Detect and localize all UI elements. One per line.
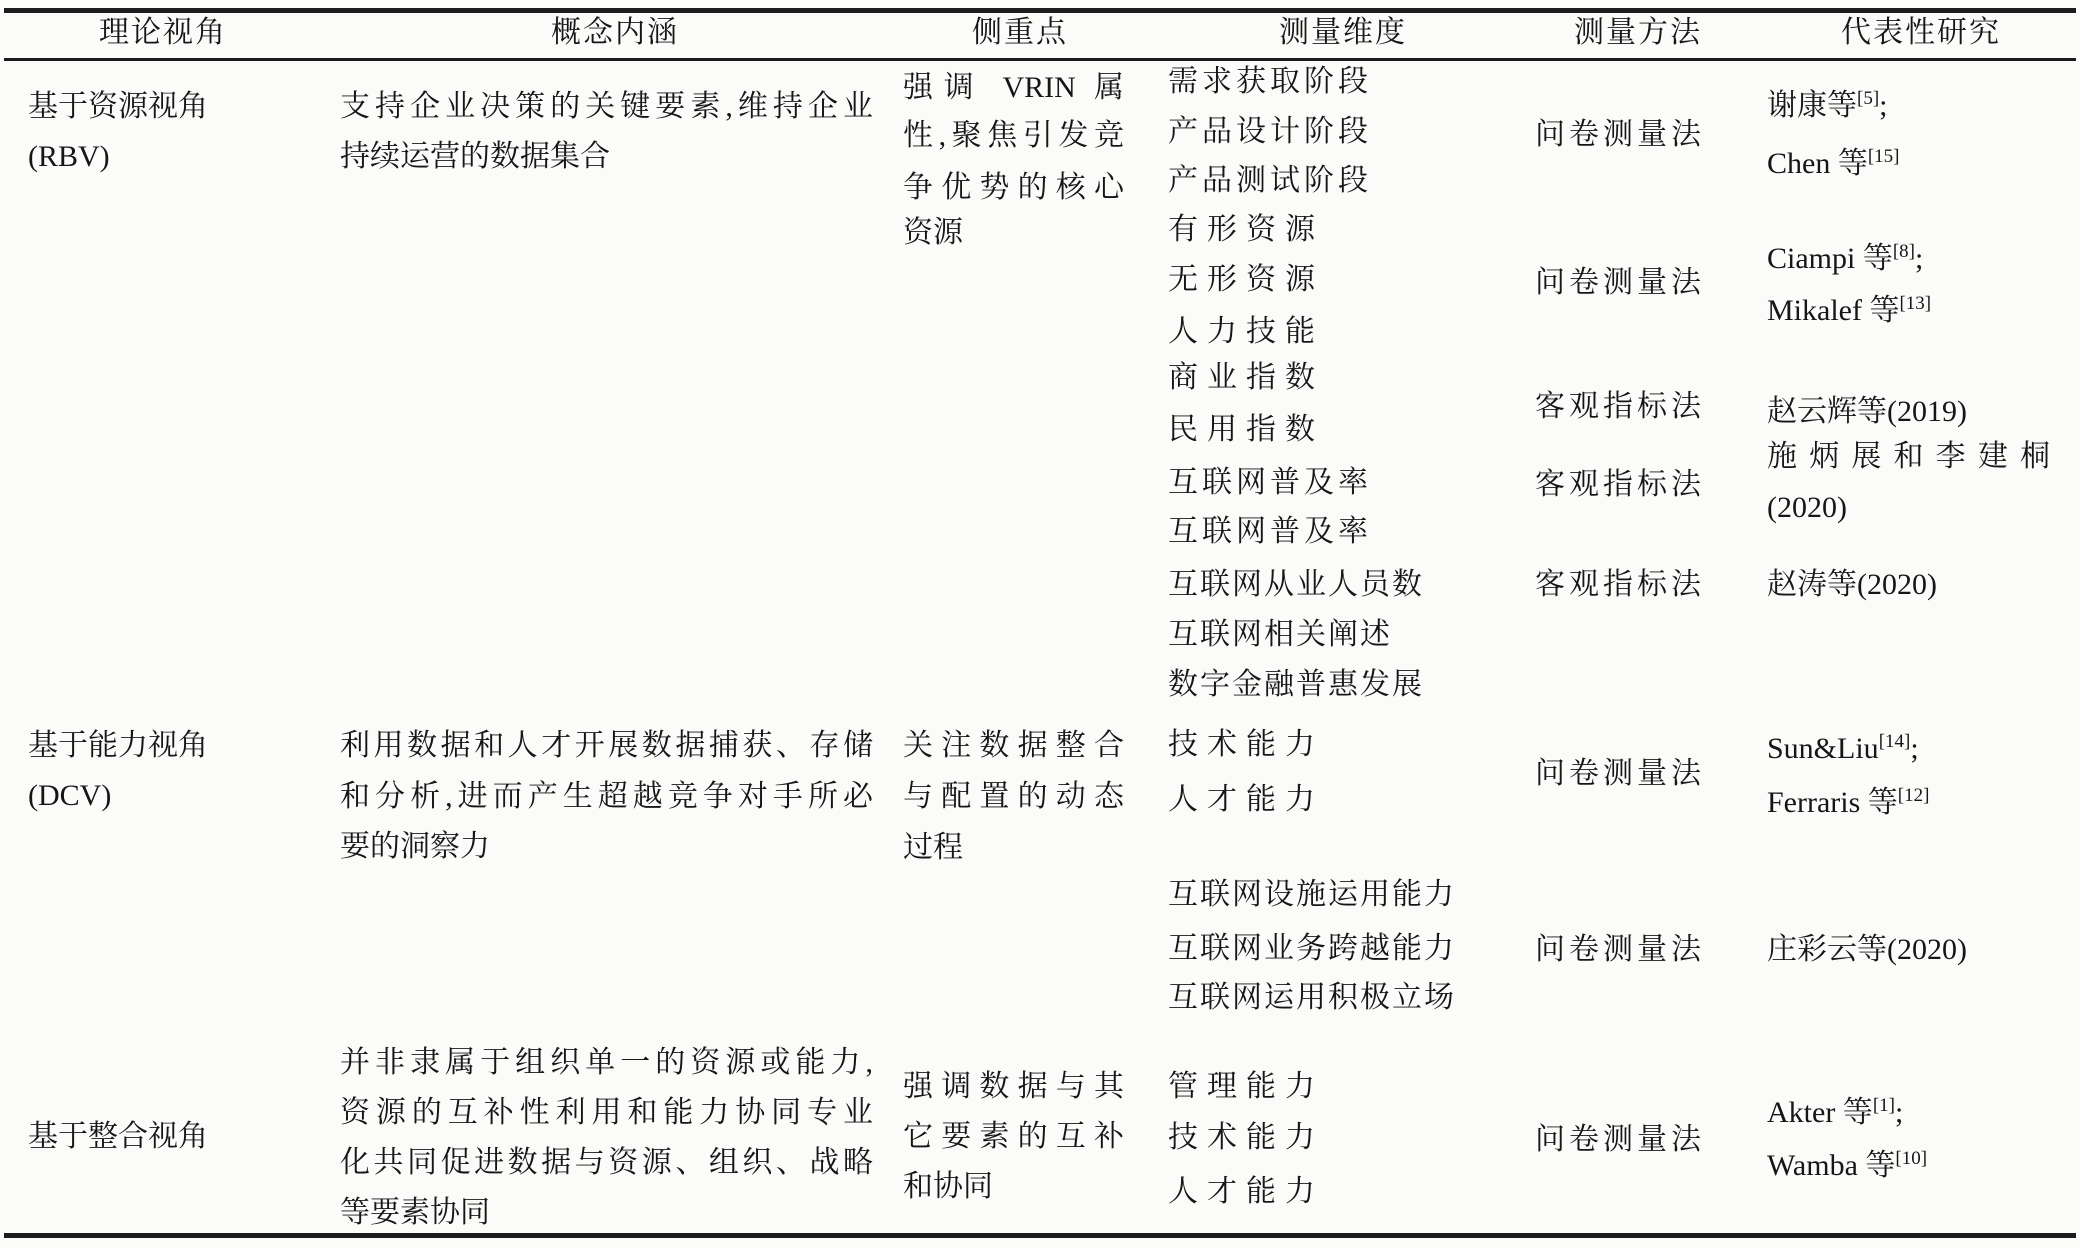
study-text: Sun&Liu (1767, 732, 1879, 765)
dimension-cell: 产品测试阶段 (1168, 164, 1372, 198)
perspective-cell: 基于资源视角 (28, 90, 208, 124)
table-bottom-rule (4, 1233, 2076, 1238)
col-header-studies: 代表性研究 (1841, 16, 2001, 50)
reference-superscript: [12] (1898, 785, 1930, 806)
study-cell: 庄彩云等(2020) (1767, 933, 1967, 967)
dimension-cell: 人才能力 (1168, 1175, 1324, 1209)
dimension-cell: 互联网运用积极立场 (1168, 981, 1456, 1015)
method-cell: 问卷测量法 (1535, 757, 1705, 791)
method-cell: 客观指标法 (1535, 568, 1705, 602)
dimension-cell: 产品设计阶段 (1168, 115, 1372, 149)
method-cell: 客观指标法 (1535, 390, 1705, 424)
concept-cell: 利用数据和人才开展数据捕获、存储 (340, 729, 873, 763)
dimension-cell: 互联网普及率 (1168, 515, 1372, 549)
col-header-theory-perspective: 理论视角 (99, 16, 227, 50)
col-header-concept: 概念内涵 (551, 16, 679, 50)
concept-cell: 持续运营的数据集合 (340, 140, 610, 174)
focus-cell: 与配置的动态 (903, 780, 1124, 814)
reference-superscript: [1] (1873, 1095, 1895, 1116)
focus-cell: 性,聚焦引发竞 (903, 119, 1124, 153)
reference-superscript: [10] (1895, 1148, 1927, 1169)
study-separator: ; (1910, 732, 1918, 765)
study-cell: Ferraris 等[12] (1767, 786, 1929, 820)
reference-superscript: [8] (1893, 241, 1915, 262)
method-cell: 客观指标法 (1535, 468, 1705, 502)
study-cell: Mikalef 等[13] (1767, 294, 1931, 328)
study-text: 谢康等 (1767, 89, 1857, 122)
concept-cell: 等要素协同 (340, 1196, 490, 1230)
reference-superscript: [5] (1857, 88, 1879, 109)
dimension-cell: 互联网从业人员数 (1168, 568, 1424, 602)
col-header-dimension: 测量维度 (1279, 16, 1407, 50)
study-cell: 赵云辉等(2019) (1767, 395, 1967, 429)
concept-cell: 化共同促进数据与资源、组织、战略 (340, 1146, 873, 1180)
table-header-rule (4, 58, 2076, 61)
focus-cell: 它要素的互补 (903, 1120, 1124, 1154)
dimension-cell: 互联网相关阐述 (1168, 618, 1392, 652)
method-cell: 问卷测量法 (1535, 266, 1705, 300)
study-separator: ; (1915, 242, 1923, 275)
study-text: Wamba 等 (1767, 1149, 1895, 1182)
study-cell: Chen 等[15] (1767, 147, 1899, 181)
dimension-cell: 人才能力 (1168, 783, 1324, 817)
perspective-cell: 基于整合视角 (28, 1120, 208, 1154)
table-top-rule (4, 8, 2076, 13)
study-text: Mikalef 等 (1767, 294, 1899, 327)
dimension-cell: 互联网普及率 (1168, 466, 1372, 500)
study-cell: 谢康等[5]; (1767, 89, 1888, 123)
concept-cell: 资源的互补性利用和能力协同专业 (340, 1096, 873, 1130)
dimension-cell: 互联网设施运用能力 (1168, 878, 1456, 912)
study-text: Akter 等 (1767, 1096, 1873, 1129)
concept-cell: 并非隶属于组织单一的资源或能力, (340, 1046, 873, 1080)
focus-cell: 争优势的核心 (903, 171, 1124, 205)
focus-cell: 资源 (903, 216, 963, 250)
col-header-method: 测量方法 (1574, 16, 1702, 50)
concept-cell: 和分析,进而产生超越竞争对手所必 (340, 780, 873, 814)
study-cell: Ciampi 等[8]; (1767, 242, 1923, 276)
focus-cell: 关注数据整合 (903, 729, 1124, 763)
dimension-cell: 互联网业务跨越能力 (1168, 932, 1456, 966)
focus-cell: 强调数据与其 (903, 1070, 1124, 1104)
study-cell: Sun&Liu[14]; (1767, 732, 1919, 766)
study-cell: 施炳展和李建桐 (1767, 440, 2050, 474)
focus-cell: 强调 VRIN 属 (903, 71, 1124, 105)
study-cell: 赵涛等(2020) (1767, 568, 1937, 602)
focus-cell: 和协同 (903, 1170, 993, 1204)
study-separator: ; (1895, 1096, 1903, 1129)
dimension-cell: 民用指数 (1168, 413, 1324, 447)
study-cell: Wamba 等[10] (1767, 1149, 1927, 1183)
study-cell: (2020) (1767, 491, 1847, 525)
reference-superscript: [15] (1868, 146, 1900, 167)
perspective-cell: (DCV) (28, 779, 111, 813)
dimension-cell: 人力技能 (1168, 315, 1324, 349)
reference-superscript: [14] (1879, 731, 1911, 752)
study-text: Chen 等 (1767, 147, 1868, 180)
focus-cell: 过程 (903, 831, 963, 865)
perspective-cell: 基于能力视角 (28, 729, 208, 763)
study-text: Ferraris 等 (1767, 786, 1898, 819)
method-cell: 问卷测量法 (1535, 1123, 1705, 1157)
dimension-cell: 技术能力 (1168, 728, 1324, 762)
perspective-cell: (RBV) (28, 140, 110, 174)
dimension-cell: 数字金融普惠发展 (1168, 668, 1424, 702)
concept-cell: 支持企业决策的关键要素,维持企业 (340, 90, 873, 124)
study-cell: Akter 等[1]; (1767, 1096, 1903, 1130)
method-cell: 问卷测量法 (1535, 118, 1705, 152)
dimension-cell: 商业指数 (1168, 361, 1324, 395)
study-text: Ciampi 等 (1767, 242, 1893, 275)
dimension-cell: 需求获取阶段 (1168, 65, 1372, 99)
study-separator: ; (1879, 89, 1887, 122)
dimension-cell: 无形资源 (1168, 263, 1324, 297)
col-header-focus: 侧重点 (972, 16, 1068, 50)
dimension-cell: 管理能力 (1168, 1070, 1324, 1104)
method-cell: 问卷测量法 (1535, 933, 1705, 967)
paper-table-page: 理论视角 概念内涵 侧重点 测量维度 测量方法 代表性研究 基于资源视角(RBV… (0, 0, 2080, 1248)
reference-superscript: [13] (1899, 293, 1931, 314)
dimension-cell: 技术能力 (1168, 1121, 1324, 1155)
concept-cell: 要的洞察力 (340, 830, 490, 864)
dimension-cell: 有形资源 (1168, 213, 1324, 247)
